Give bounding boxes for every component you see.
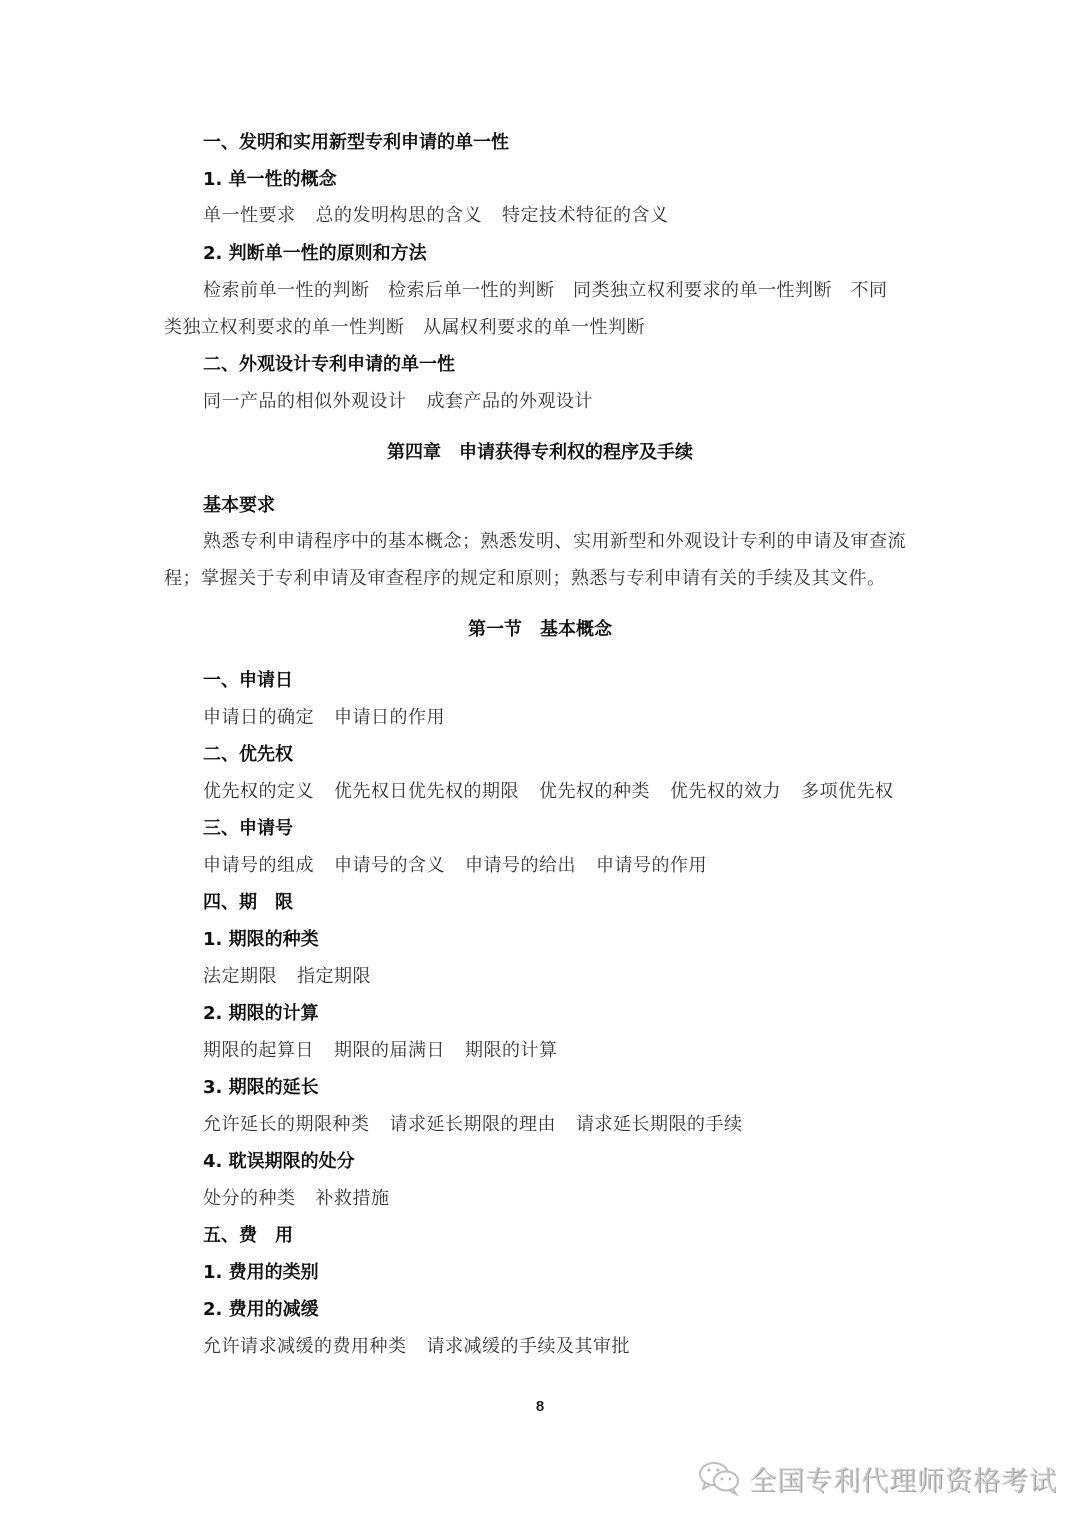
body-text: 申请号的组成申请号的含义申请号的给出申请号的作用 [203, 854, 707, 878]
topic-item: 期限的届满日 [334, 1040, 445, 1061]
body-text: 检索前单一性的判断 检索后单一性的判断 同类独立权利要求的单一性判断 不同 [203, 279, 888, 303]
outline-heading: 二、外观设计专利申请的单一性 [203, 353, 455, 377]
topic-item: 同一产品的相似外观设计 [203, 391, 407, 412]
outline-heading: 3. 期限的延长 [203, 1076, 319, 1100]
topic-item: 单一性要求 [203, 205, 296, 226]
outline-heading: 2. 期限的计算 [203, 1002, 319, 1026]
outline-heading: 五、费 用 [203, 1224, 293, 1248]
topic-item: 优先权的定义 [203, 781, 314, 802]
outline-heading: 4. 耽误期限的处分 [203, 1150, 355, 1174]
body-text: 单一性要求总的发明构思的含义特定技术特征的含义 [203, 204, 669, 228]
outline-heading: 二、优先权 [203, 743, 293, 767]
outline-heading: 2. 判断单一性的原则和方法 [203, 242, 427, 266]
topic-item: 优先权的效力 [670, 781, 781, 802]
body-text: 优先权的定义优先权日优先权的期限优先权的种类优先权的效力多项优先权 [203, 780, 894, 804]
body-text-continuation: 程；掌握关于专利申请及审查程序的规定和原则；熟悉与专利申请有关的手续及其文件。 [164, 567, 886, 591]
topic-item: 法定期限 [203, 966, 277, 987]
outline-heading: 基本要求 [203, 494, 275, 518]
outline-heading: 1. 期限的种类 [203, 928, 319, 952]
outline-heading: 一、申请日 [203, 669, 293, 693]
topic-item: 请求延长期限的手续 [576, 1114, 743, 1135]
body-text: 期限的起算日期限的届满日期限的计算 [203, 1039, 558, 1063]
body-text: 允许请求减缓的费用种类请求减缓的手续及其审批 [203, 1335, 630, 1359]
chapter-title: 第四章 申请获得专利权的程序及手续 [0, 441, 1080, 465]
topic-item: 成套产品的外观设计 [427, 391, 594, 412]
topic-item: 允许延长的期限种类 [203, 1114, 370, 1135]
topic-item: 请求延长期限的理由 [390, 1114, 557, 1135]
topic-item: 指定期限 [297, 966, 371, 987]
watermark: 全国专利代理师资格考试 [697, 1458, 1057, 1498]
outline-heading: 一、发明和实用新型专利申请的单一性 [203, 131, 509, 155]
body-text: 处分的种类补救措施 [203, 1187, 390, 1211]
topic-item: 优先权的种类 [539, 781, 650, 802]
topic-item: 优先权日优先权的期限 [334, 781, 519, 802]
topic-item: 期限的起算日 [203, 1040, 314, 1061]
outline-heading: 1. 单一性的概念 [203, 168, 337, 192]
topic-item: 多项优先权 [801, 781, 894, 802]
topic-item: 特定技术特征的含义 [502, 205, 669, 226]
body-text: 法定期限指定期限 [203, 965, 371, 989]
body-text: 申请日的确定申请日的作用 [203, 706, 445, 730]
outline-heading: 四、期 限 [203, 891, 293, 915]
wechat-icon [697, 1460, 743, 1496]
topic-item: 请求减缓的手续及其审批 [427, 1336, 631, 1357]
topic-item: 申请号的含义 [334, 855, 445, 876]
page-number: 8 [0, 1398, 1080, 1415]
outline-heading: 1. 费用的类别 [203, 1261, 319, 1285]
body-text: 允许延长的期限种类请求延长期限的理由请求延长期限的手续 [203, 1113, 743, 1137]
topic-item: 申请日的确定 [203, 707, 314, 728]
topic-item: 申请号的组成 [203, 855, 314, 876]
topic-item: 申请号的作用 [596, 855, 707, 876]
topic-item: 处分的种类 [203, 1188, 296, 1209]
body-text-continuation: 类独立权利要求的单一性判断 从属权利要求的单一性判断 [164, 316, 645, 340]
topic-item: 期限的计算 [465, 1040, 558, 1061]
watermark-text: 全国专利代理师资格考试 [749, 1459, 1057, 1498]
topic-item: 申请号的给出 [465, 855, 576, 876]
body-text: 熟悉专利申请程序中的基本概念；熟悉发明、实用新型和外观设计专利的申请及审查流 [203, 530, 906, 554]
topic-item: 补救措施 [316, 1188, 390, 1209]
topic-item: 申请日的作用 [334, 707, 445, 728]
topic-item: 总的发明构思的含义 [316, 205, 483, 226]
outline-heading: 2. 费用的减缓 [203, 1298, 319, 1322]
outline-heading: 三、申请号 [203, 817, 293, 841]
section-title: 第一节 基本概念 [0, 618, 1080, 642]
topic-item: 允许请求减缓的费用种类 [203, 1336, 407, 1357]
body-text: 同一产品的相似外观设计成套产品的外观设计 [203, 390, 593, 414]
